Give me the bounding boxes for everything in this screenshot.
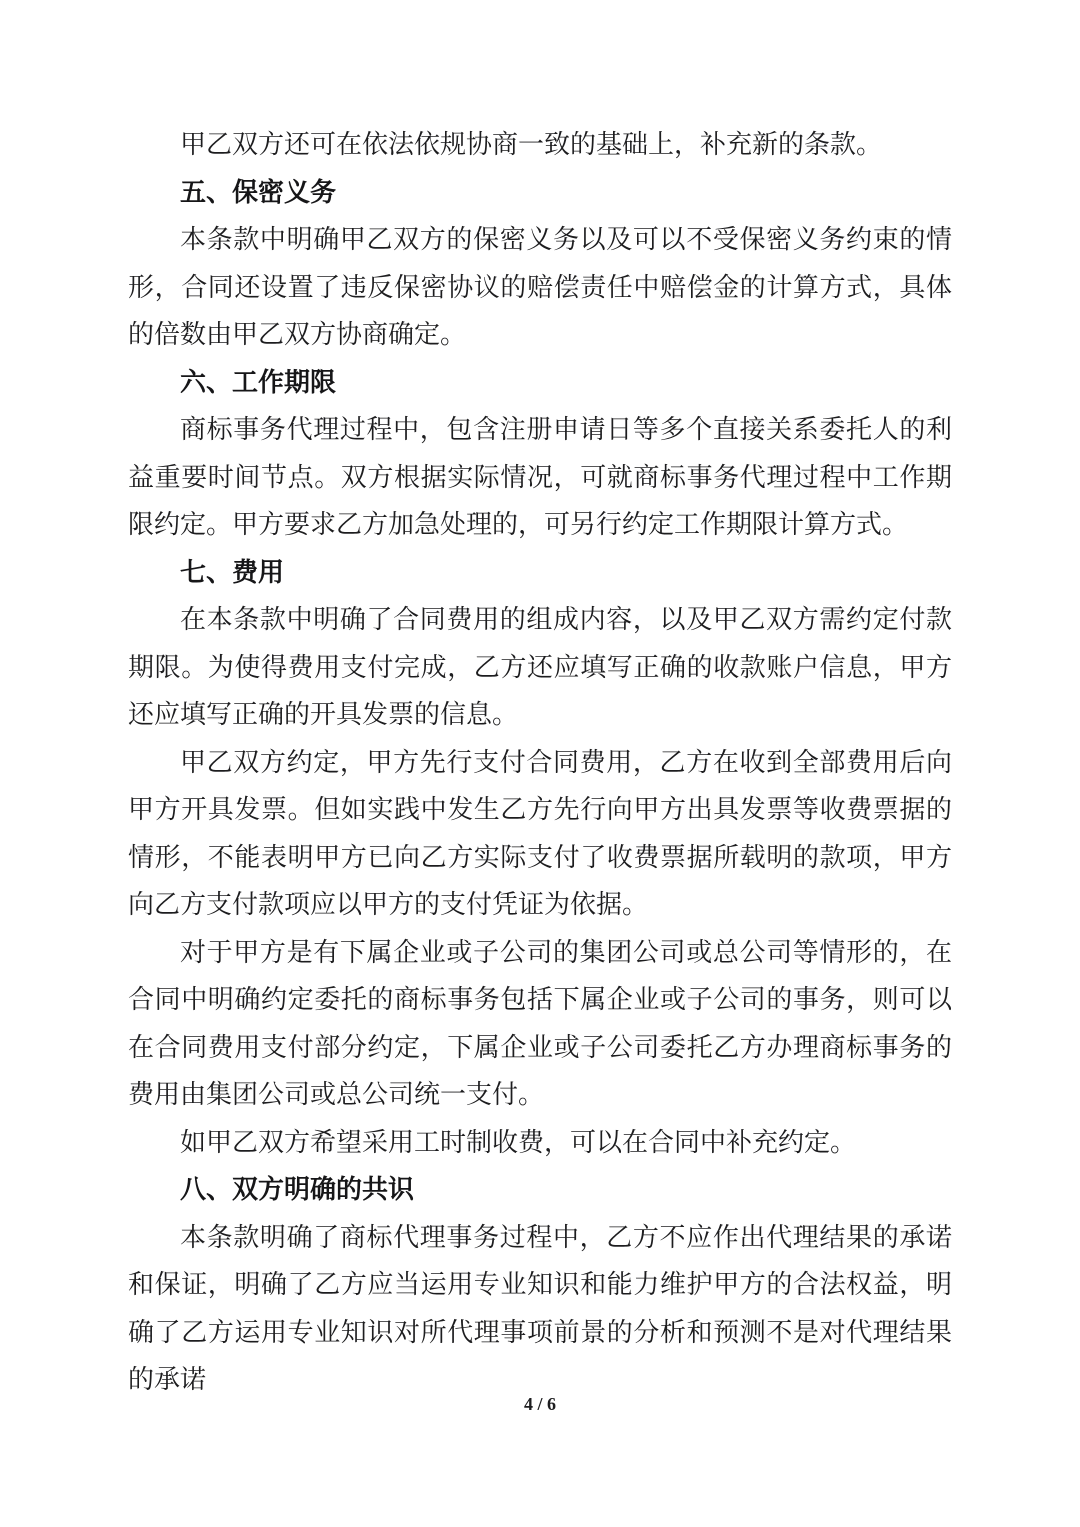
section-heading: 六、工作期限 — [128, 359, 952, 407]
document-body: 甲乙双方还可在依法依规协商一致的基础上，补充新的条款。 五、保密义务 本条款中明… — [128, 121, 952, 1404]
paragraph: 在本条款中明确了合同费用的组成内容，以及甲乙双方需约定付款期限。为使得费用支付完… — [128, 596, 952, 739]
paragraph: 甲乙双方约定，甲方先行支付合同费用，乙方在收到全部费用后向甲方开具发票。但如实践… — [128, 739, 952, 929]
section-heading: 八、双方明确的共识 — [128, 1166, 952, 1214]
paragraph: 商标事务代理过程中，包含注册申请日等多个直接关系委托人的利益重要时间节点。双方根… — [128, 406, 952, 549]
paragraph: 本条款中明确甲乙双方的保密义务以及可以不受保密义务约束的情形，合同还设置了违反保… — [128, 216, 952, 359]
paragraph: 甲乙双方还可在依法依规协商一致的基础上，补充新的条款。 — [128, 121, 952, 169]
paragraph: 如甲乙双方希望采用工时制收费，可以在合同中补充约定。 — [128, 1119, 952, 1167]
paragraph: 本条款明确了商标代理事务过程中，乙方不应作出代理结果的承诺和保证，明确了乙方应当… — [128, 1214, 952, 1404]
page-number: 4 / 6 — [0, 1392, 1080, 1416]
section-heading: 五、保密义务 — [128, 169, 952, 217]
section-heading: 七、费用 — [128, 549, 952, 597]
document-page: 甲乙双方还可在依法依规协商一致的基础上，补充新的条款。 五、保密义务 本条款中明… — [0, 0, 1080, 1527]
paragraph: 对于甲方是有下属企业或子公司的集团公司或总公司等情形的，在合同中明确约定委托的商… — [128, 929, 952, 1119]
